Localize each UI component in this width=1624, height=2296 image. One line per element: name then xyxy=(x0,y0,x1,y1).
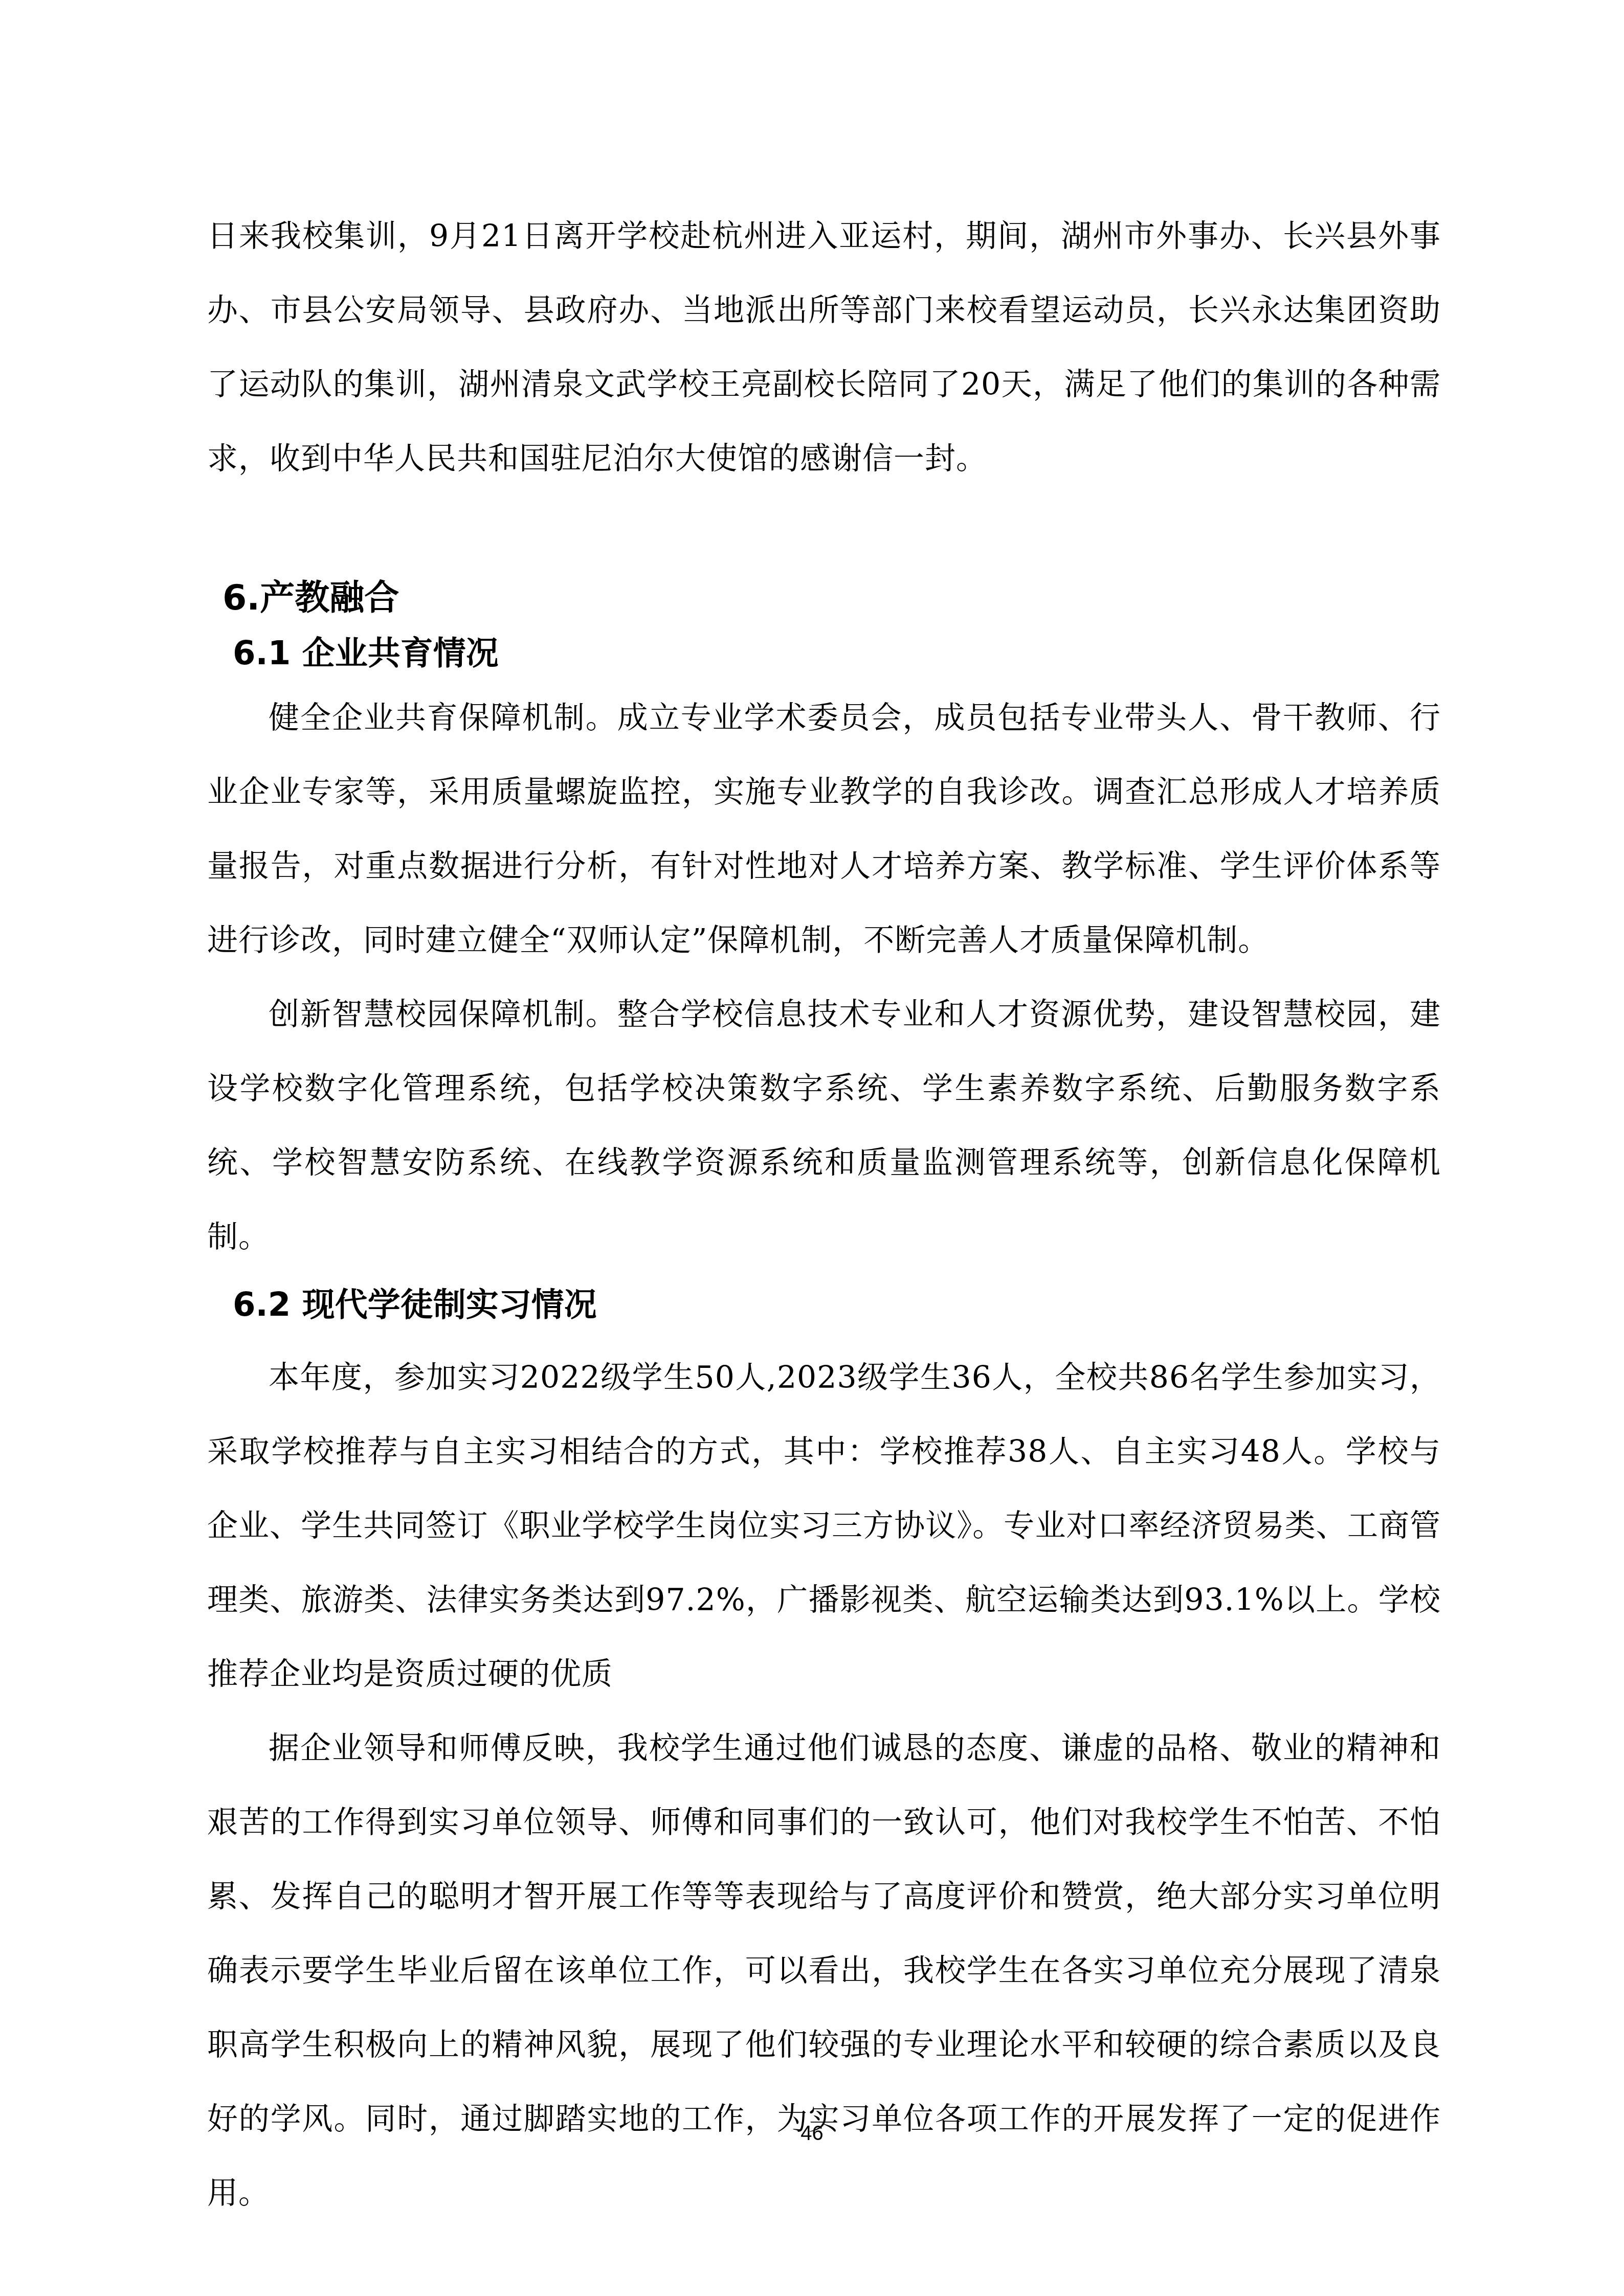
subsection-heading-6-2: 6.2 现代学徒制实习情况 xyxy=(207,1279,1441,1331)
document-page: 日来我校集训，9月21日离开学校赴杭州进入亚运村，期间，湖州市外事办、长兴县外事… xyxy=(207,205,1441,2231)
section-heading-6: 6.产教融合 xyxy=(207,573,1441,624)
intro-paragraph: 日来我校集训，9月21日离开学校赴杭州进入亚运村，期间，湖州市外事办、长兴县外事… xyxy=(207,199,1441,496)
spacer xyxy=(207,496,1441,573)
paragraph-6-2-internship-stats: 本年度，参加实习2022级学生50人,2023级学生36人，全校共86名学生参加… xyxy=(207,1341,1441,1712)
paragraph-6-1-smart-campus: 创新智慧校园保障机制。整合学校信息技术专业和人才资源优势，建设智慧校园，建设学校… xyxy=(207,978,1441,1274)
page-number: 46 xyxy=(0,2122,1624,2145)
paragraph-6-2-employer-feedback: 据企业领导和师傅反映，我校学生通过他们诚恳的态度、谦虚的品格、敬业的精神和艰苦的… xyxy=(207,1712,1441,2231)
paragraph-6-1-guarantee-mechanism: 健全企业共育保障机制。成立专业学术委员会，成员包括专业带头人、骨干教师、行业企业… xyxy=(207,681,1441,978)
subsection-heading-6-1: 6.1 企业共育情况 xyxy=(207,628,1441,679)
